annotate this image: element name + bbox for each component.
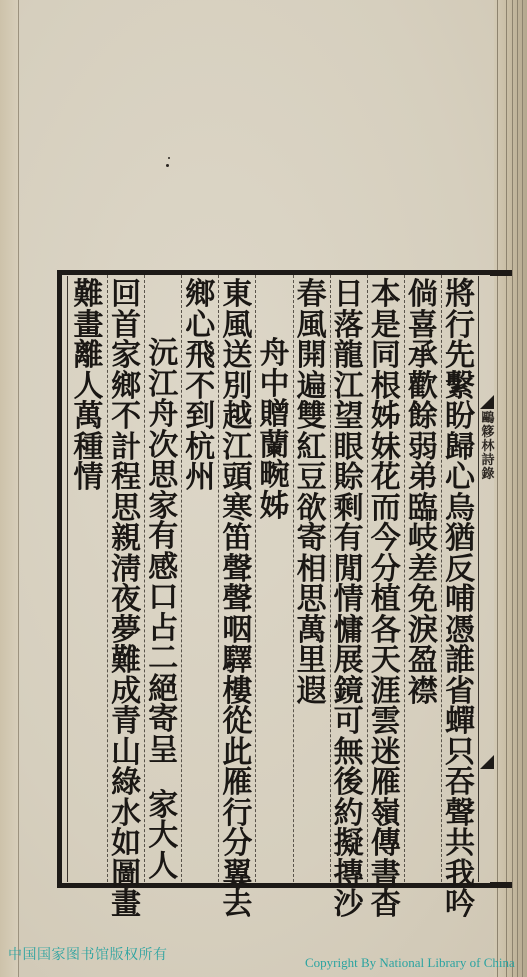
character: 岐: [406, 524, 440, 555]
character: 別: [220, 372, 254, 403]
character: 風: [295, 311, 329, 342]
character: 畫: [72, 311, 106, 342]
character: 畹: [257, 461, 291, 492]
character: 沙: [332, 890, 366, 921]
character: 笛: [220, 524, 254, 555]
character: 思: [146, 461, 180, 492]
character: 到: [183, 402, 217, 433]
character: 擬: [332, 829, 366, 860]
character: 畫: [109, 890, 143, 921]
character: 眼: [332, 433, 366, 464]
character: 鄉: [183, 280, 217, 311]
character: 青: [109, 707, 143, 738]
banxin-character: 詩: [481, 454, 494, 468]
character: 寄: [295, 524, 329, 555]
character: 飛: [183, 341, 217, 372]
character: 盼: [443, 402, 477, 433]
character: 沅: [146, 339, 180, 370]
character: 雁: [369, 768, 403, 799]
character: 後: [332, 768, 366, 799]
character: 頭: [220, 463, 254, 494]
character: 慵: [332, 616, 366, 647]
text-column: 春風開遍雙紅豆欲寄相思萬里遐: [293, 275, 330, 882]
text-column: 鄉心飛不到杭州: [181, 275, 218, 882]
character: 此: [220, 738, 254, 769]
character: 回: [109, 280, 143, 311]
character: 計: [109, 433, 143, 464]
character: 繫: [443, 372, 477, 403]
character: 情: [72, 463, 106, 494]
banxin-character: 錄: [481, 468, 494, 482]
character: 承: [406, 341, 440, 372]
character: 吞: [443, 768, 477, 799]
character: 將: [443, 280, 477, 311]
character: 夢: [109, 616, 143, 647]
character: 閒: [332, 555, 366, 586]
character: 程: [109, 463, 143, 494]
character: 免: [406, 585, 440, 616]
character: 家: [146, 791, 180, 822]
character: 摶: [332, 860, 366, 891]
character: 不: [109, 402, 143, 433]
character: 雲: [369, 707, 403, 738]
character: 只: [443, 738, 477, 769]
character: 如: [109, 829, 143, 860]
character: 寄: [146, 705, 180, 736]
character: 夜: [109, 585, 143, 616]
character: 望: [332, 402, 366, 433]
frame-bottom-cap: [490, 882, 512, 888]
character: 水: [109, 799, 143, 830]
character: 弱: [406, 433, 440, 464]
text-column: 日落龍江望眼賒剩有閒情慵展鏡可無後約擬摶沙: [330, 275, 367, 882]
text-column: 東風送別越江頭寒笛聲聲咽驛樓從此雁行分翼去: [218, 275, 255, 882]
character: 根: [369, 372, 403, 403]
character: 猶: [443, 524, 477, 555]
character: 反: [443, 555, 477, 586]
character: 弟: [406, 463, 440, 494]
character: 絕: [146, 675, 180, 706]
character: 心: [183, 311, 217, 342]
character: 風: [220, 311, 254, 342]
character: 萬: [72, 402, 106, 433]
character: 家: [109, 341, 143, 372]
character: 淚: [406, 616, 440, 647]
character: 而: [369, 494, 403, 525]
character: 淸: [109, 555, 143, 586]
character: 剩: [332, 494, 366, 525]
text-column: 舟中贈蘭畹姊: [255, 275, 292, 882]
text-columns: 將行先繫盼歸心烏猶反哺憑誰省蟬只吞聲共我吟倘喜承歡餘弱弟臨岐差免淚盈襟本是同根姊…: [70, 275, 478, 882]
character: 首: [109, 311, 143, 342]
character: 憑: [443, 616, 477, 647]
book-page-scan: 將行先繫盼歸心烏猶反哺憑誰省蟬只吞聲共我吟倘喜承歡餘弱弟臨岐差免淚盈襟本是同根姊…: [0, 0, 527, 977]
character: 開: [295, 341, 329, 372]
character: 舟: [146, 400, 180, 431]
character: 種: [72, 433, 106, 464]
character: 姊: [369, 402, 403, 433]
character: 江: [220, 433, 254, 464]
character: 鏡: [332, 677, 366, 708]
character: 二: [146, 644, 180, 675]
character: 無: [332, 738, 366, 769]
character: 里: [295, 646, 329, 677]
character: 舟: [257, 339, 291, 370]
character: 東: [220, 280, 254, 311]
character: 驛: [220, 646, 254, 677]
character: 有: [332, 524, 366, 555]
text-column: 將行先繫盼歸心烏猶反哺憑誰省蟬只吞聲共我吟: [441, 275, 478, 882]
character: 本: [369, 280, 403, 311]
character: 歸: [443, 433, 477, 464]
character: 州: [183, 463, 217, 494]
character: 大: [146, 821, 180, 852]
character: 嶺: [369, 799, 403, 830]
banxin-center-column: [478, 276, 495, 882]
character: 家: [146, 492, 180, 523]
character: 各: [369, 616, 403, 647]
character: 綠: [109, 768, 143, 799]
character: 難: [109, 646, 143, 677]
character: 吟: [443, 890, 477, 921]
character: 是: [369, 311, 403, 342]
character: 賒: [332, 463, 366, 494]
character: 行: [220, 799, 254, 830]
character: 有: [146, 522, 180, 553]
character: 雙: [295, 402, 329, 433]
text-column: 難畫離人萬種情: [70, 275, 107, 882]
text-column: 倘喜承歡餘弱弟臨岐差免淚盈襟: [404, 275, 441, 882]
character: 人: [146, 852, 180, 883]
character: 蟬: [443, 707, 477, 738]
character: 思: [109, 494, 143, 525]
character: 欲: [295, 494, 329, 525]
character: 不: [183, 372, 217, 403]
character: 日: [332, 280, 366, 311]
character: 植: [369, 585, 403, 616]
character: 雁: [220, 768, 254, 799]
character: 占: [146, 614, 180, 645]
character: 歡: [406, 372, 440, 403]
character: 今: [369, 524, 403, 555]
character: 中: [257, 370, 291, 401]
page-stack-edge: [494, 0, 527, 977]
character: 蘭: [257, 431, 291, 462]
character: 花: [369, 463, 403, 494]
character: 江: [332, 372, 366, 403]
character: 相: [295, 555, 329, 586]
character: 感: [146, 553, 180, 584]
character: 襟: [406, 677, 440, 708]
character: 山: [109, 738, 143, 769]
character: 省: [443, 677, 477, 708]
text-column: 沅江舟次思家有感口占二絕寄呈家大人: [144, 275, 181, 882]
character: 成: [109, 677, 143, 708]
character: 遐: [295, 677, 329, 708]
character: 天: [369, 646, 403, 677]
character: 傳: [369, 829, 403, 860]
character: 情: [332, 585, 366, 616]
character: 心: [443, 463, 477, 494]
fishtail-lower-icon: [480, 755, 494, 769]
character: 約: [332, 799, 366, 830]
ink-speck: [166, 164, 169, 167]
banxin-character: 鷗: [481, 412, 494, 426]
character: 餘: [406, 402, 440, 433]
character: 人: [72, 372, 106, 403]
character: 樓: [220, 677, 254, 708]
text-column: 本是同根姊妹花而今分植各天涯雲迷雁嶺傳書杳: [367, 275, 404, 882]
character: 翼: [220, 860, 254, 891]
character: 分: [369, 555, 403, 586]
character: 豆: [295, 463, 329, 494]
character: 次: [146, 431, 180, 462]
banxin-character: 林: [481, 440, 494, 454]
character: 紅: [295, 433, 329, 464]
character: 去: [220, 890, 254, 921]
character: 難: [72, 280, 106, 311]
character: 萬: [295, 616, 329, 647]
character: 姊: [257, 492, 291, 523]
character: 離: [72, 341, 106, 372]
character: 倘: [406, 280, 440, 311]
character: 烏: [443, 494, 477, 525]
character: 我: [443, 860, 477, 891]
banxin-character: 簃: [481, 426, 494, 440]
character: 先: [443, 341, 477, 372]
character: 遍: [295, 372, 329, 403]
character: 贈: [257, 400, 291, 431]
character: 分: [220, 829, 254, 860]
character: 聲: [220, 555, 254, 586]
character: 圖: [109, 860, 143, 891]
character: 送: [220, 341, 254, 372]
inner-border-line: [67, 276, 68, 882]
character: 展: [332, 646, 366, 677]
fishtail-upper-icon: [480, 395, 494, 409]
character: 江: [146, 370, 180, 401]
character: 親: [109, 524, 143, 555]
character: 春: [295, 280, 329, 311]
character: 杳: [369, 890, 403, 921]
character: 龍: [332, 341, 366, 372]
character: 呈: [146, 736, 180, 767]
character: 喜: [406, 311, 440, 342]
character: 落: [332, 311, 366, 342]
character: 鄉: [109, 372, 143, 403]
character: 從: [220, 707, 254, 738]
character: 誰: [443, 646, 477, 677]
watermark-chinese: 中国国家图书馆版权所有: [8, 944, 168, 964]
character: 行: [443, 311, 477, 342]
character: 共: [443, 829, 477, 860]
character: 口: [146, 583, 180, 614]
character: 聲: [443, 799, 477, 830]
banxin-title: 鷗簃林詩錄: [481, 412, 495, 482]
character: 可: [332, 707, 366, 738]
character: 妹: [369, 433, 403, 464]
character: 聲: [220, 585, 254, 616]
character: 涯: [369, 677, 403, 708]
ink-speck: [168, 157, 170, 159]
character: 哺: [443, 585, 477, 616]
character: 臨: [406, 494, 440, 525]
character: 寒: [220, 494, 254, 525]
character: 迷: [369, 738, 403, 769]
character: 差: [406, 555, 440, 586]
watermark-english: Copyright By National Library of China: [305, 955, 515, 971]
character: 盈: [406, 646, 440, 677]
character: 書: [369, 860, 403, 891]
character: 越: [220, 402, 254, 433]
page-gutter-edge: [0, 0, 19, 977]
character: 杭: [183, 433, 217, 464]
character: 思: [295, 585, 329, 616]
character: 咽: [220, 616, 254, 647]
text-column: 回首家鄉不計程思親淸夜夢難成青山綠水如圖畫: [107, 275, 144, 882]
character: 同: [369, 341, 403, 372]
